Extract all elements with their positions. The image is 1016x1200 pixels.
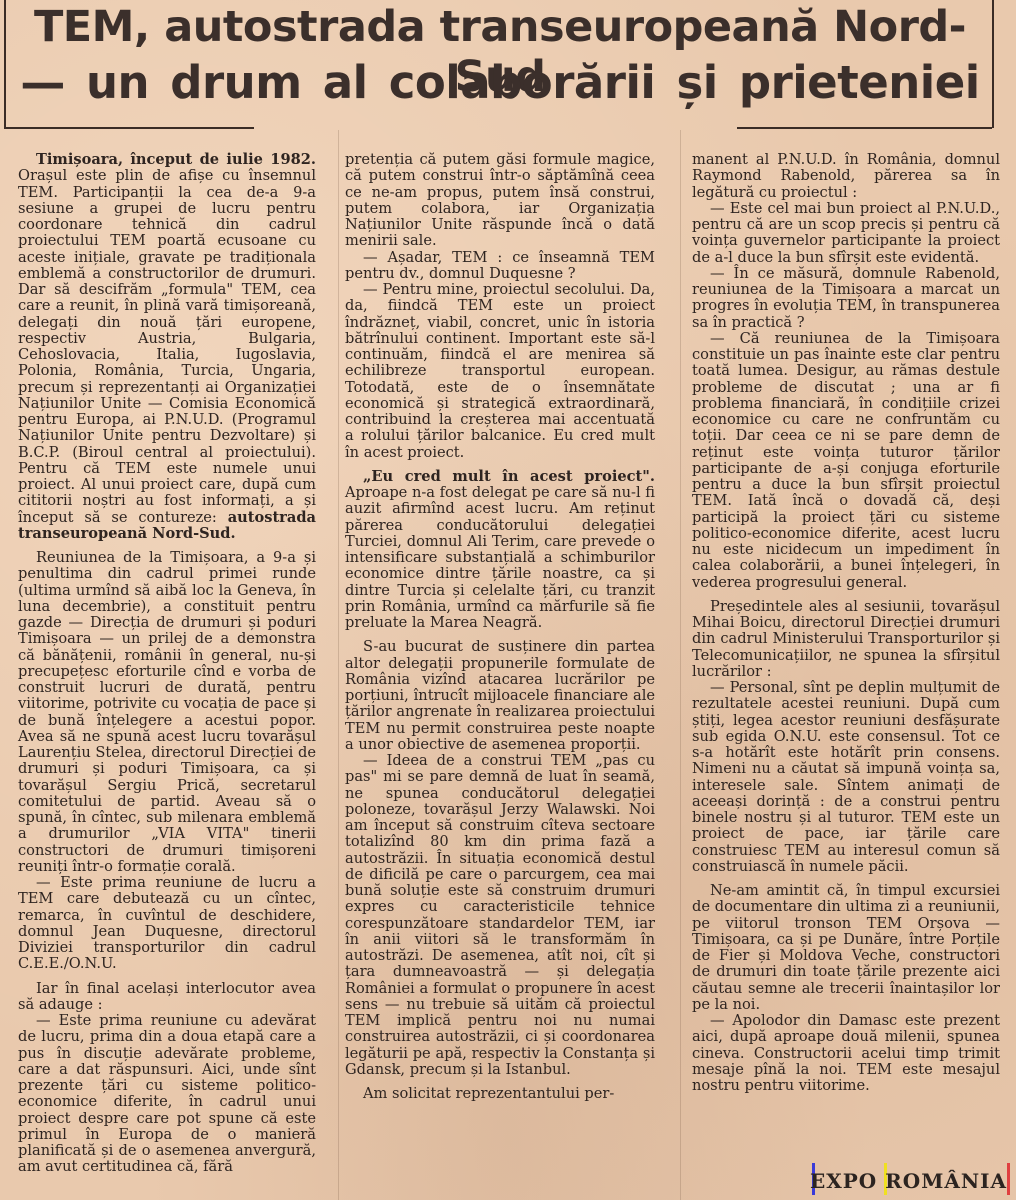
- watermark-expo-romania: EXPO ROMÂNIA: [806, 1167, 1011, 1195]
- article-paragraph: — Este cel mai bun proiect al P.N.U.D., …: [692, 201, 1000, 266]
- paragraph-text: manent al P.N.U.D. în România, domnul Ra…: [692, 151, 1000, 201]
- paragraph-text: Aproape n-a fost delegat pe care să nu-l…: [345, 484, 655, 631]
- paragraph-text: Iar în final același interlocutor avea s…: [18, 980, 316, 1013]
- article-column-1: Timișoara, început de iulie 1982. Orașul…: [18, 152, 316, 1176]
- paragraph-text: — Este cel mai bun proiect al P.N.U.D., …: [692, 200, 1000, 266]
- article-paragraph: — Este prima reuniune cu adevărat de luc…: [18, 1013, 316, 1176]
- article-paragraph: manent al P.N.U.D. în România, domnul Ra…: [692, 152, 1000, 201]
- paragraph-text: — Este prima reuniune de lucru a TEM car…: [18, 874, 316, 972]
- article-paragraph: — Ideea de a construi TEM „pas cu pas" m…: [345, 753, 655, 1078]
- article-column-2: pretenția că putem găsi formule magice, …: [345, 152, 655, 1102]
- paragraph-text: — Apolodor din Damasc este prezent aici,…: [692, 1012, 1000, 1094]
- article-paragraph: S-au bucurat de susținere din partea alt…: [345, 639, 655, 753]
- paragraph-text: — Așadar, TEM : ce înseamnă TEM pentru d…: [345, 249, 655, 282]
- article-paragraph: — Apolodor din Damasc este prezent aici,…: [692, 1013, 1000, 1094]
- column-divider: [338, 130, 339, 1200]
- paragraph-text: — Că reuniunea de la Timișoara constitui…: [692, 330, 1000, 591]
- paragraph-text: — Personal, sînt pe deplin mulțumit de r…: [692, 679, 1000, 875]
- article-paragraph: — În ce măsură, domnule Rabenold, reuniu…: [692, 266, 1000, 331]
- article-paragraph: — Așadar, TEM : ce înseamnă TEM pentru d…: [345, 250, 655, 283]
- article-paragraph: — Că reuniunea de la Timișoara constitui…: [692, 331, 1000, 591]
- paragraph-text: S-au bucurat de susținere din partea alt…: [345, 638, 655, 753]
- paragraph-text: Ne-am amintit că, în timpul excursiei de…: [692, 882, 1000, 1013]
- article-paragraph: — Pentru mine, proiectul secolului. Da, …: [345, 282, 655, 461]
- paragraph-text: — Pentru mine, proiectul secolului. Da, …: [345, 281, 655, 461]
- paragraph-text: Orașul este plin de afișe cu însemnul TE…: [18, 167, 316, 525]
- paragraph-text: pretenția că putem găsi formule magice, …: [345, 151, 655, 249]
- paragraph-text: Am solicitat reprezentantului per-: [363, 1085, 614, 1102]
- article-paragraph: Ne-am amintit că, în timpul excursiei de…: [692, 883, 1000, 1013]
- paragraph-lead: Timișoara, început de iulie 1982.: [36, 151, 316, 168]
- article-paragraph: Reuniunea de la Timișoara, a 9-a și penu…: [18, 550, 316, 875]
- article-paragraph: „Eu cred mult în acest proiect". Aproape…: [345, 469, 655, 632]
- paragraph-text: — Ideea de a construi TEM „pas cu pas" m…: [345, 752, 655, 1078]
- paragraph-text: — Este prima reuniune cu adevărat de luc…: [18, 1012, 316, 1175]
- article-paragraph: Iar în final același interlocutor avea s…: [18, 981, 316, 1014]
- paragraph-text: Reuniunea de la Timișoara, a 9-a și penu…: [18, 549, 316, 875]
- article-paragraph: Timișoara, început de iulie 1982. Orașul…: [18, 152, 316, 542]
- headline-line-2: — un drum al colaborării și prieteniei: [0, 56, 1000, 109]
- article-paragraph: Am solicitat reprezentantului per-: [345, 1086, 655, 1102]
- paragraph-text: Președintele ales al sesiunii, tovarășul…: [692, 598, 1000, 680]
- article-column-3: manent al P.N.U.D. în România, domnul Ra…: [692, 152, 1000, 1094]
- paragraph-lead: „Eu cred mult în acest proiect".: [363, 468, 655, 485]
- article-paragraph: — Este prima reuniune de lucru a TEM car…: [18, 875, 316, 973]
- article-paragraph: pretenția că putem găsi formule magice, …: [345, 152, 655, 250]
- paragraph-text: — În ce măsură, domnule Rabenold, reuniu…: [692, 265, 1000, 331]
- headline-rule-left: [4, 127, 254, 129]
- article-paragraph: — Personal, sînt pe deplin mulțumit de r…: [692, 680, 1000, 875]
- article-paragraph: Președintele ales al sesiunii, tovarășul…: [692, 599, 1000, 680]
- headline-rule-right: [737, 127, 992, 129]
- column-divider: [680, 130, 681, 1200]
